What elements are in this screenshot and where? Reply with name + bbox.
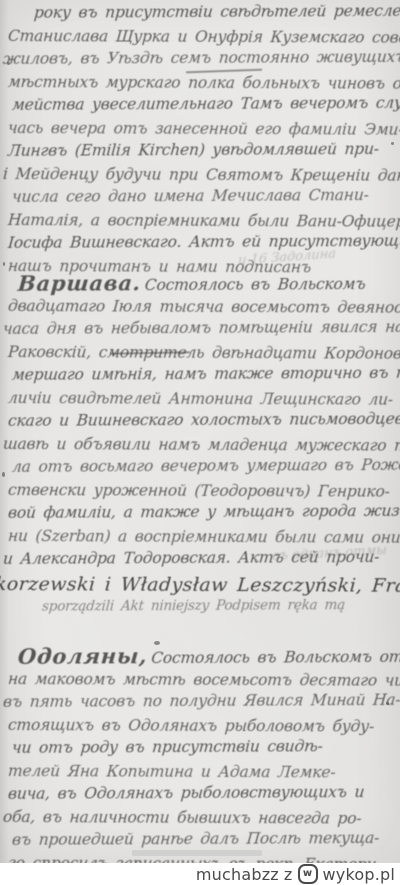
watermark-strip: muchabzz z w wykop.pl bbox=[0, 863, 400, 885]
handwritten-text: Состоялось въ Вольскомъ bbox=[144, 275, 366, 294]
handwritten-line: часа дня въ небываломъ помѣщеніи явился … bbox=[0, 316, 400, 341]
handwritten-line: жиловъ, въ Уѣздѣ семъ постоянно живущихъ… bbox=[0, 46, 400, 71]
clerk-note-line: sporządzili Akt niniejszy Podpisem ręka … bbox=[0, 595, 400, 618]
ink-speck bbox=[391, 142, 394, 145]
handwritten-line: числа сего дано имена Мечислава Стани- bbox=[0, 184, 400, 209]
handwritten-line: Одоляны,Состоялось въ Вольскомъ от- bbox=[0, 643, 400, 668]
handwritten-line: скаго и Вишневскаго холостыхъ письмоводц… bbox=[0, 408, 400, 433]
handwritten-line: мейства увеселительнаго Тамъ вечеромъ сл… bbox=[0, 92, 400, 117]
handwritten-line: въ пять часовъ по полудни Явился Минай Н… bbox=[0, 689, 400, 714]
record-place-name: Варшава. bbox=[17, 270, 142, 296]
handwritten-line: Варшава.Состоялось въ Вольскомъ bbox=[0, 270, 400, 295]
handwritten-line: Лингвъ (Emilія Kirchen) увѣдомлявшей при… bbox=[0, 138, 400, 163]
wykop-logo-icon: w bbox=[298, 864, 318, 884]
watermark-site: wykop.pl bbox=[323, 865, 395, 884]
watermark-separator: z bbox=[284, 865, 293, 884]
handwritten-line: мершаго имѣнія, намъ также вторично въ п… bbox=[0, 362, 400, 387]
handwritten-line: Іосифа Вишневскаго. Актъ ей присутствующ… bbox=[0, 230, 400, 255]
record-place-name: Одоляны, bbox=[17, 643, 148, 669]
document-scan: року въ присутствіи свѣдѣтелей ремесленн… bbox=[0, 0, 400, 885]
ink-speck bbox=[386, 702, 389, 705]
handwritten-line: вой фамиліи, а также у мѣщанъ города жиз… bbox=[0, 500, 400, 525]
handwritten-line: ла отъ восьмаго вечеромъ умершаго въ Рож… bbox=[0, 454, 400, 479]
record-odolany-paragraph: Одоляны,Состоялось въ Вольскомъ от- на м… bbox=[0, 645, 400, 875]
handwritten-line: року въ присутствіи свѣдѣтелей ремесленн… bbox=[0, 0, 400, 25]
handwritten-line: въ прошедшей ранѣе далъ Послѣ текуща- bbox=[0, 827, 400, 852]
scan-edge-shadow bbox=[0, 0, 9, 863]
handwritten-text: Состоялось въ Вольскомъ от- bbox=[150, 648, 400, 667]
handwritten-line: чи отъ роду въ присутствіи свидѣ- bbox=[0, 735, 400, 760]
record-warsaw-paragraph: Варшава.Состоялось въ Вольскомъ двадцата… bbox=[0, 272, 400, 618]
record-top-paragraph: року въ присутствіи свѣдѣтелей ремесленн… bbox=[0, 2, 400, 278]
scan-artifact-bar bbox=[132, 850, 262, 856]
handwritten-line: вича, въ Одолянахъ рыболовствующихъ и bbox=[0, 781, 400, 806]
ink-speck bbox=[154, 641, 160, 645]
watermark-author: muchabzz bbox=[196, 865, 279, 884]
